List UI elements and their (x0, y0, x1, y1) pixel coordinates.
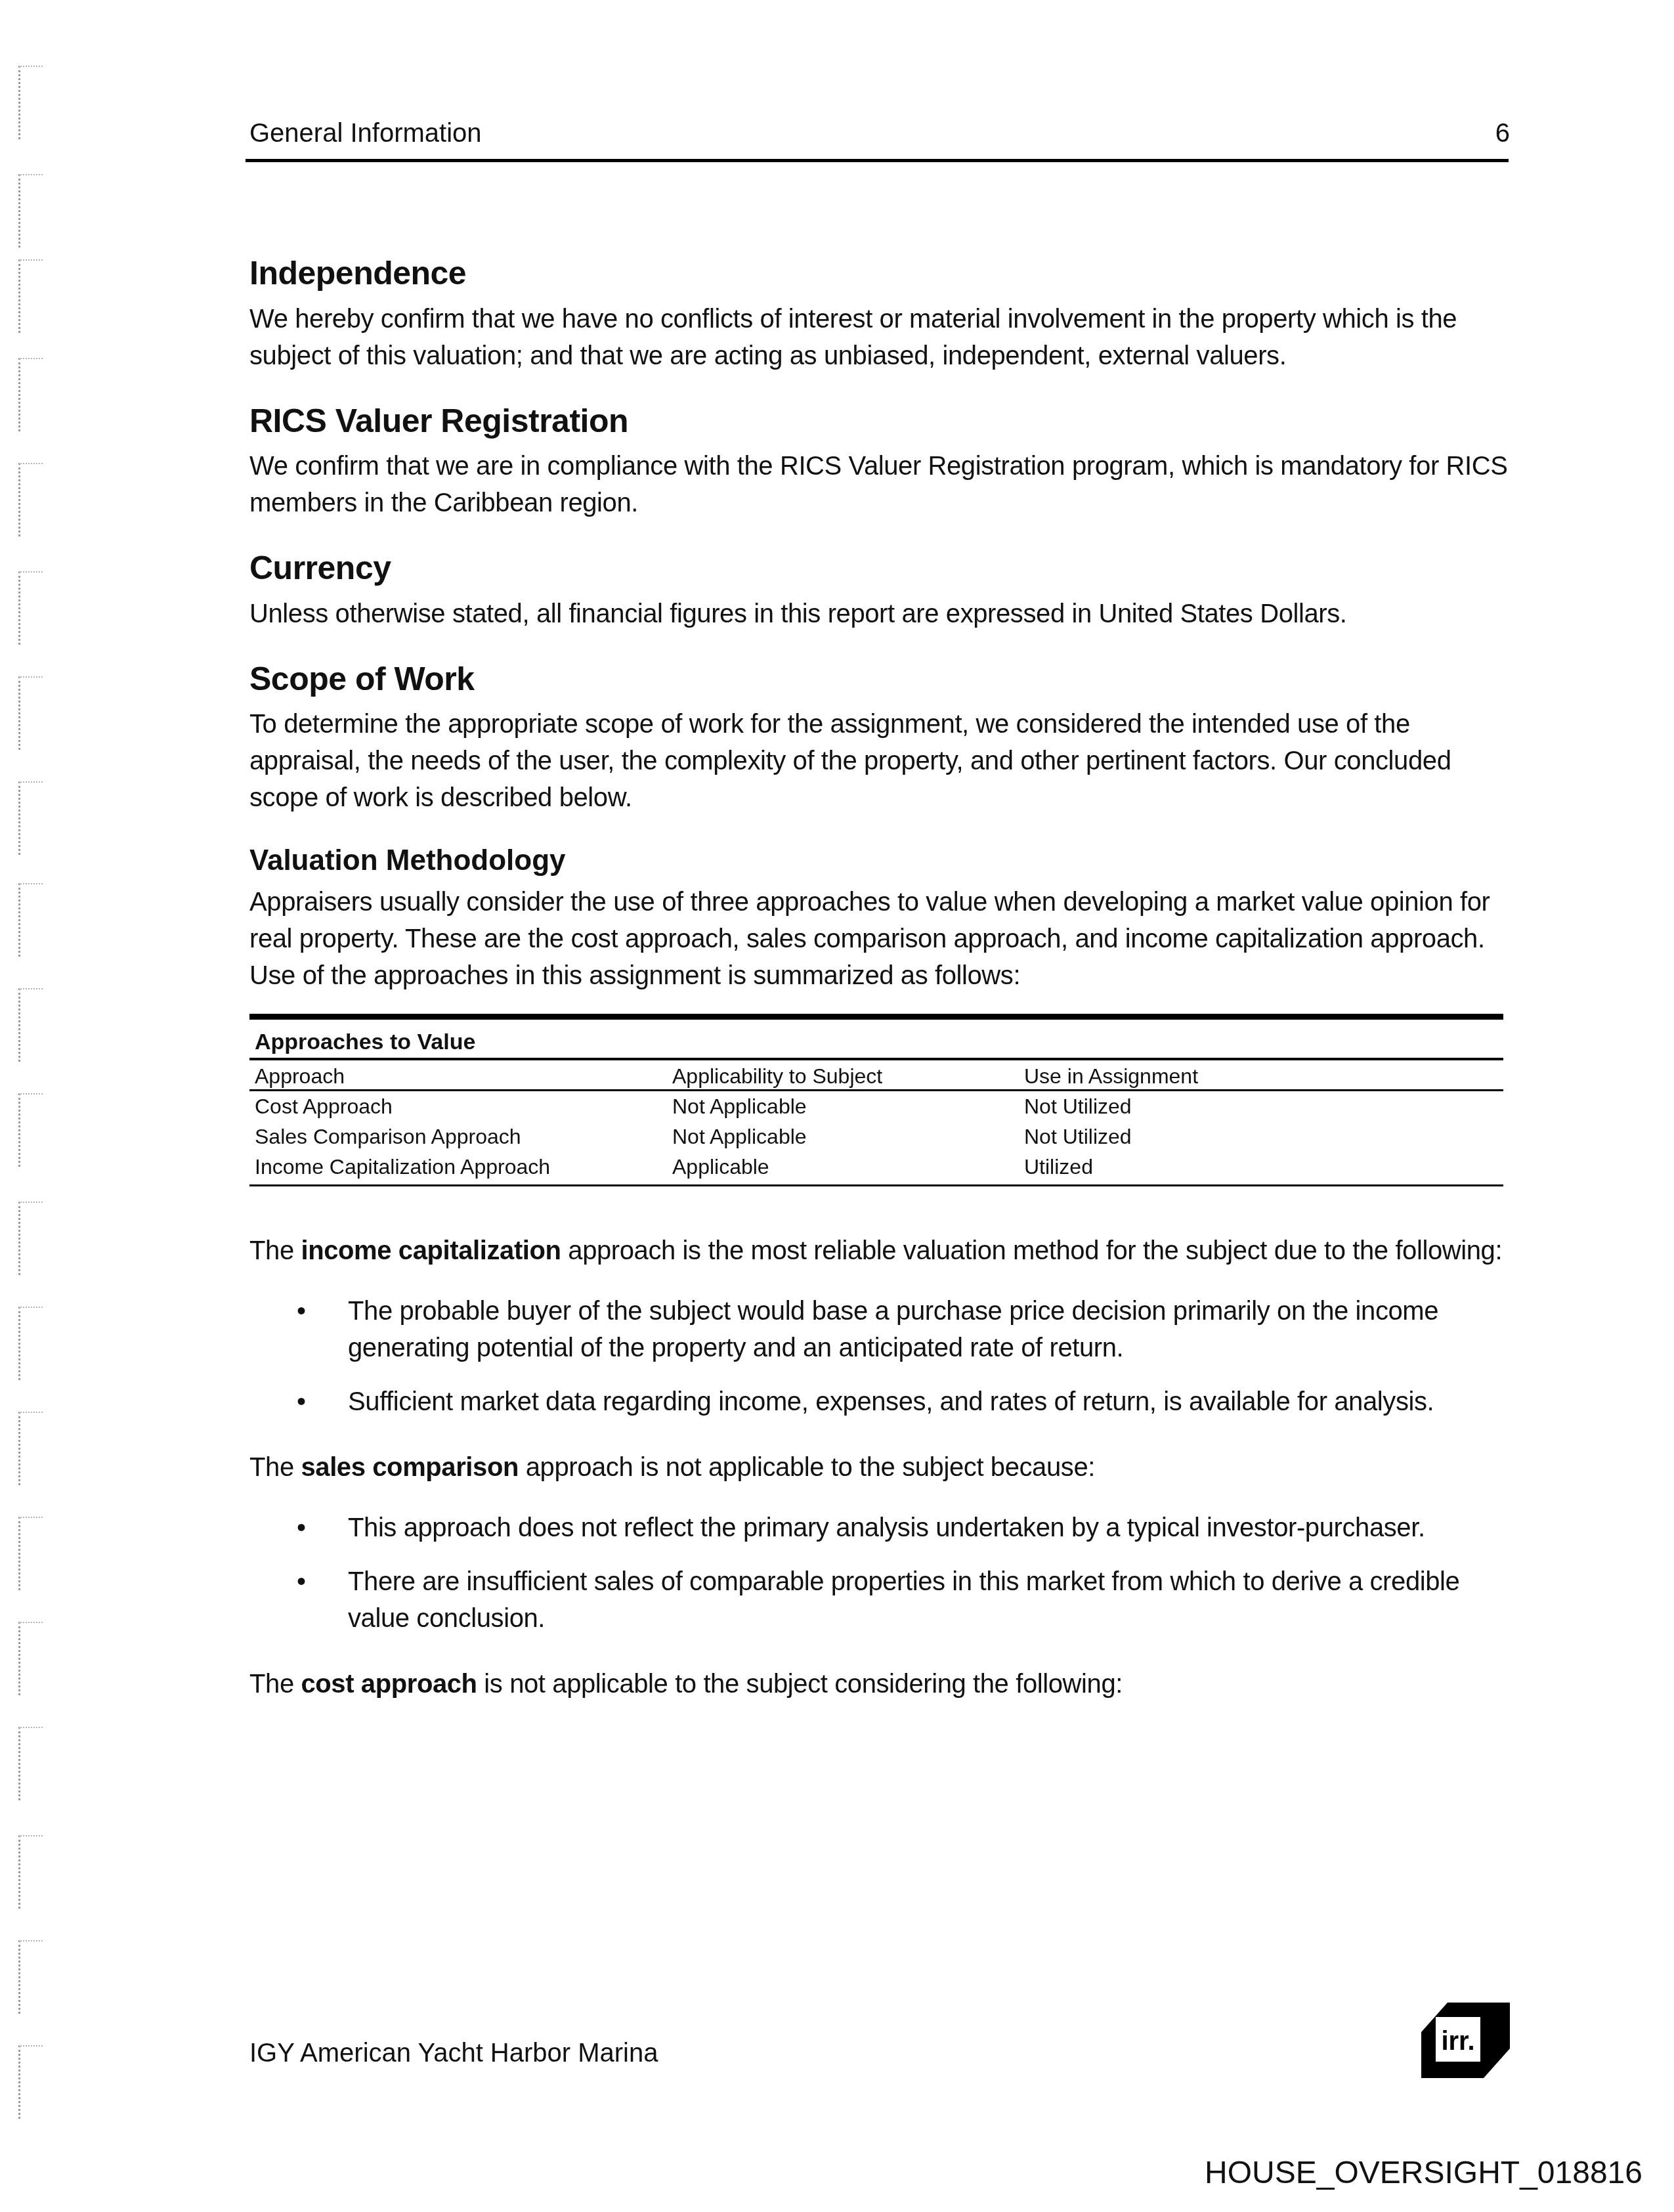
income-approach-paragraph: The income capitalization approach is th… (249, 1232, 1510, 1269)
scan-mark (18, 66, 43, 139)
bold-term: cost approach (301, 1670, 477, 1699)
cell-applicability: Not Applicable (667, 1121, 1019, 1152)
list-item: •Sufficient market data regarding income… (249, 1383, 1510, 1420)
scan-mark (18, 988, 43, 1062)
scan-mark (18, 571, 43, 645)
table-row: Income Capitalization Approach Applicabl… (249, 1152, 1503, 1182)
section-rics-registration: RICS Valuer Registration We confirm that… (249, 401, 1510, 522)
header-section-title: General Information (249, 119, 482, 148)
page-number: 6 (1495, 119, 1510, 148)
scan-mark (18, 1622, 43, 1695)
cell-use: Not Utilized (1019, 1121, 1503, 1152)
cell-approach: Sales Comparison Approach (249, 1121, 667, 1152)
section-heading: Currency (249, 548, 1510, 589)
section-body: We confirm that we are in compliance wit… (249, 448, 1510, 521)
cell-use: Utilized (1019, 1152, 1503, 1182)
column-header-approach: Approach (249, 1060, 667, 1091)
scan-mark (18, 1517, 43, 1590)
approaches-table: Approach Applicability to Subject Use in… (249, 1060, 1503, 1182)
list-item-text: Sufficient market data regarding income,… (348, 1387, 1434, 1416)
page-content: Independence We hereby confirm that we h… (249, 253, 1510, 1729)
cost-approach-paragraph: The cost approach is not applicable to t… (249, 1666, 1510, 1702)
section-body: Unless otherwise stated, all financial f… (249, 596, 1510, 632)
scan-mark (18, 1727, 43, 1800)
section-body: We hereby confirm that we have no confli… (249, 301, 1510, 374)
subsection-body: Appraisers usually consider the use of t… (249, 884, 1510, 994)
bold-term: sales comparison (301, 1453, 519, 1482)
text-run: The (249, 1236, 301, 1265)
bates-number: HOUSE_OVERSIGHT_018816 (1205, 2155, 1642, 2191)
scan-mark (18, 2045, 43, 2119)
section-independence: Independence We hereby confirm that we h… (249, 253, 1510, 374)
text-run: The (249, 1670, 301, 1699)
scan-mark (18, 1202, 43, 1275)
table-top-rule (249, 1014, 1503, 1020)
scan-mark (18, 1940, 43, 2014)
header-rule (246, 159, 1509, 162)
scan-mark (18, 883, 43, 957)
section-currency: Currency Unless otherwise stated, all fi… (249, 548, 1510, 632)
irr-cube-logo-icon: irr. (1421, 2003, 1510, 2078)
cell-applicability: Not Applicable (667, 1091, 1019, 1122)
scan-mark (18, 1835, 43, 1909)
scan-mark (18, 676, 43, 750)
footer-property-name: IGY American Yacht Harbor Marina (249, 2039, 658, 2068)
bullet-icon: • (297, 1509, 306, 1546)
table-row: Sales Comparison Approach Not Applicable… (249, 1121, 1503, 1152)
approaches-to-value-table: Approaches to Value Approach Applicabili… (249, 1014, 1503, 1186)
column-header-applicability: Applicability to Subject (667, 1060, 1019, 1091)
page-header: General Information 6 (249, 112, 1510, 148)
table-row: Cost Approach Not Applicable Not Utilize… (249, 1091, 1503, 1122)
bullet-icon: • (297, 1383, 306, 1420)
list-item-text: This approach does not reflect the prima… (348, 1513, 1425, 1542)
section-heading: Scope of Work (249, 659, 1510, 700)
text-run: The (249, 1453, 301, 1482)
cell-approach: Cost Approach (249, 1091, 667, 1122)
logo-text: irr. (1441, 2027, 1474, 2056)
list-item-text: There are insufficient sales of comparab… (348, 1567, 1459, 1633)
list-item-text: The probable buyer of the subject would … (348, 1297, 1438, 1362)
scan-mark (18, 463, 43, 536)
cell-approach: Income Capitalization Approach (249, 1152, 667, 1182)
list-item: •This approach does not reflect the prim… (249, 1509, 1510, 1546)
table-bottom-rule (249, 1184, 1503, 1186)
text-run: approach is the most reliable valuation … (561, 1236, 1503, 1265)
bullet-icon: • (297, 1293, 306, 1330)
scan-mark (18, 259, 43, 333)
scan-mark (18, 174, 43, 248)
cell-use: Not Utilized (1019, 1091, 1503, 1122)
table-title: Approaches to Value (249, 1020, 1503, 1058)
income-approach-bullets: •The probable buyer of the subject would… (249, 1293, 1510, 1420)
subsection-heading: Valuation Methodology (249, 842, 1510, 878)
section-valuation-methodology: Valuation Methodology Appraisers usually… (249, 842, 1510, 994)
scan-mark (18, 358, 43, 431)
sales-comparison-bullets: •This approach does not reflect the prim… (249, 1509, 1510, 1637)
section-heading: RICS Valuer Registration (249, 401, 1510, 442)
list-item: •The probable buyer of the subject would… (249, 1293, 1510, 1366)
scan-mark (18, 1093, 43, 1167)
bold-term: income capitalization (301, 1236, 561, 1265)
table-header-row: Approach Applicability to Subject Use in… (249, 1060, 1503, 1091)
cell-applicability: Applicable (667, 1152, 1019, 1182)
bullet-icon: • (297, 1563, 306, 1600)
section-scope-of-work: Scope of Work To determine the appropria… (249, 659, 1510, 817)
scan-margin-artifacts (18, 0, 45, 2212)
column-header-use: Use in Assignment (1019, 1060, 1503, 1091)
sales-comparison-paragraph: The sales comparison approach is not app… (249, 1449, 1510, 1486)
section-heading: Independence (249, 253, 1510, 294)
section-body: To determine the appropriate scope of wo… (249, 706, 1510, 816)
text-run: approach is not applicable to the subjec… (519, 1453, 1095, 1482)
scan-mark (18, 781, 43, 855)
text-run: is not applicable to the subject conside… (477, 1670, 1123, 1699)
scan-mark (18, 1307, 43, 1380)
list-item: •There are insufficient sales of compara… (249, 1563, 1510, 1637)
scan-mark (18, 1412, 43, 1485)
